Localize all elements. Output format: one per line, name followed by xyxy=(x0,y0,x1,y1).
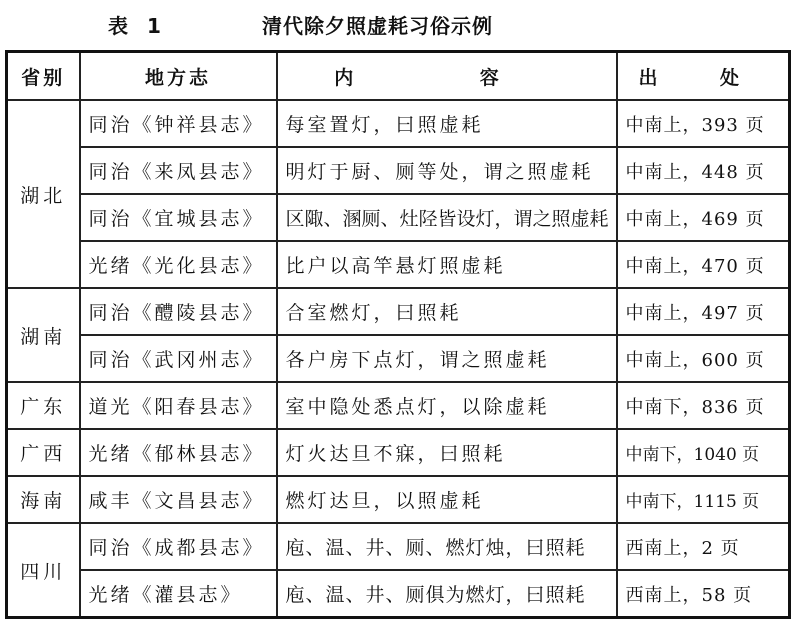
content-cell: 各户房下点灯，谓之照虚耗 xyxy=(277,335,617,382)
table-row: 海南 咸丰《文昌县志》 燃灯达旦，以照虚耗 中南下，1115 页 xyxy=(7,476,790,523)
content-cell: 区陬、溷厕、灶陉皆设灯，谓之照虚耗 xyxy=(277,194,617,241)
gazetteer-cell: 同治《宜城县志》 xyxy=(80,194,277,241)
gazetteer-cell: 同治《武冈州志》 xyxy=(80,335,277,382)
customs-table: 省别 地方志 内 容 出 处 湖北 同治《钟祥县志》 每室置灯，曰照虚耗 中南上… xyxy=(5,50,791,619)
source-cell: 中南下，836 页 xyxy=(617,382,790,429)
source-cell: 中南上，393 页 xyxy=(617,100,790,147)
province-cell: 广东 xyxy=(7,382,80,429)
gazetteer-cell: 咸丰《文昌县志》 xyxy=(80,476,277,523)
gazetteer-cell: 同治《钟祥县志》 xyxy=(80,100,277,147)
header-source: 出 处 xyxy=(617,52,790,101)
table-row: 广东 道光《阳春县志》 室中隐处悉点灯，以除虚耗 中南下，836 页 xyxy=(7,382,790,429)
table-row: 同治《来凤县志》 明灯于厨、厕等处，谓之照虚耗 中南上，448 页 xyxy=(7,147,790,194)
source-cell: 中南下，1040 页 xyxy=(617,429,790,476)
province-cell: 四川 xyxy=(7,523,80,618)
content-cell: 庖、温、井、厕俱为燃灯，曰照耗 xyxy=(277,570,617,618)
gazetteer-cell: 光绪《郁林县志》 xyxy=(80,429,277,476)
table-row: 光绪《灌县志》 庖、温、井、厕俱为燃灯，曰照耗 西南上，58 页 xyxy=(7,570,790,618)
header-content: 内 容 xyxy=(277,52,617,101)
province-cell: 湖北 xyxy=(7,100,80,288)
table-row: 光绪《光化县志》 比户以高竿悬灯照虚耗 中南上，470 页 xyxy=(7,241,790,288)
content-cell: 燃灯达旦，以照虚耗 xyxy=(277,476,617,523)
source-cell: 西南上，2 页 xyxy=(617,523,790,570)
content-cell: 灯火达旦不寐，曰照耗 xyxy=(277,429,617,476)
gazetteer-cell: 同治《成都县志》 xyxy=(80,523,277,570)
header-gazetteer: 地方志 xyxy=(80,52,277,101)
source-cell: 西南上，58 页 xyxy=(617,570,790,618)
gazetteer-cell: 光绪《光化县志》 xyxy=(80,241,277,288)
table-row: 广西 光绪《郁林县志》 灯火达旦不寐，曰照耗 中南下，1040 页 xyxy=(7,429,790,476)
source-cell: 中南上，448 页 xyxy=(617,147,790,194)
content-cell: 每室置灯，曰照虚耗 xyxy=(277,100,617,147)
province-cell: 海南 xyxy=(7,476,80,523)
header-province: 省别 xyxy=(7,52,80,101)
table-caption: 表 1 清代除夕照虚耗习俗示例 xyxy=(0,4,799,40)
content-cell: 合室燃灯，曰照耗 xyxy=(277,288,617,335)
header-row: 省别 地方志 内 容 出 处 xyxy=(7,52,790,101)
gazetteer-cell: 同治《来凤县志》 xyxy=(80,147,277,194)
content-cell: 明灯于厨、厕等处，谓之照虚耗 xyxy=(277,147,617,194)
province-cell: 广西 xyxy=(7,429,80,476)
content-cell: 室中隐处悉点灯，以除虚耗 xyxy=(277,382,617,429)
province-cell: 湖南 xyxy=(7,288,80,382)
source-cell: 中南下，1115 页 xyxy=(617,476,790,523)
table-row: 同治《武冈州志》 各户房下点灯，谓之照虚耗 中南上，600 页 xyxy=(7,335,790,382)
table-row: 四川 同治《成都县志》 庖、温、井、厕、燃灯烛，曰照耗 西南上，2 页 xyxy=(7,523,790,570)
gazetteer-cell: 道光《阳春县志》 xyxy=(80,382,277,429)
content-cell: 庖、温、井、厕、燃灯烛，曰照耗 xyxy=(277,523,617,570)
table-row: 同治《宜城县志》 区陬、溷厕、灶陉皆设灯，谓之照虚耗 中南上，469 页 xyxy=(7,194,790,241)
source-cell: 中南上，469 页 xyxy=(617,194,790,241)
table-title: 清代除夕照虚耗习俗示例 xyxy=(262,10,493,39)
source-cell: 中南上，600 页 xyxy=(617,335,790,382)
gazetteer-cell: 同治《醴陵县志》 xyxy=(80,288,277,335)
source-cell: 中南上，470 页 xyxy=(617,241,790,288)
content-cell: 比户以高竿悬灯照虚耗 xyxy=(277,241,617,288)
table-row: 湖南 同治《醴陵县志》 合室燃灯，曰照耗 中南上，497 页 xyxy=(7,288,790,335)
table-number: 表 1 xyxy=(108,10,167,39)
table-row: 湖北 同治《钟祥县志》 每室置灯，曰照虚耗 中南上，393 页 xyxy=(7,100,790,147)
gazetteer-cell: 光绪《灌县志》 xyxy=(80,570,277,618)
source-cell: 中南上，497 页 xyxy=(617,288,790,335)
